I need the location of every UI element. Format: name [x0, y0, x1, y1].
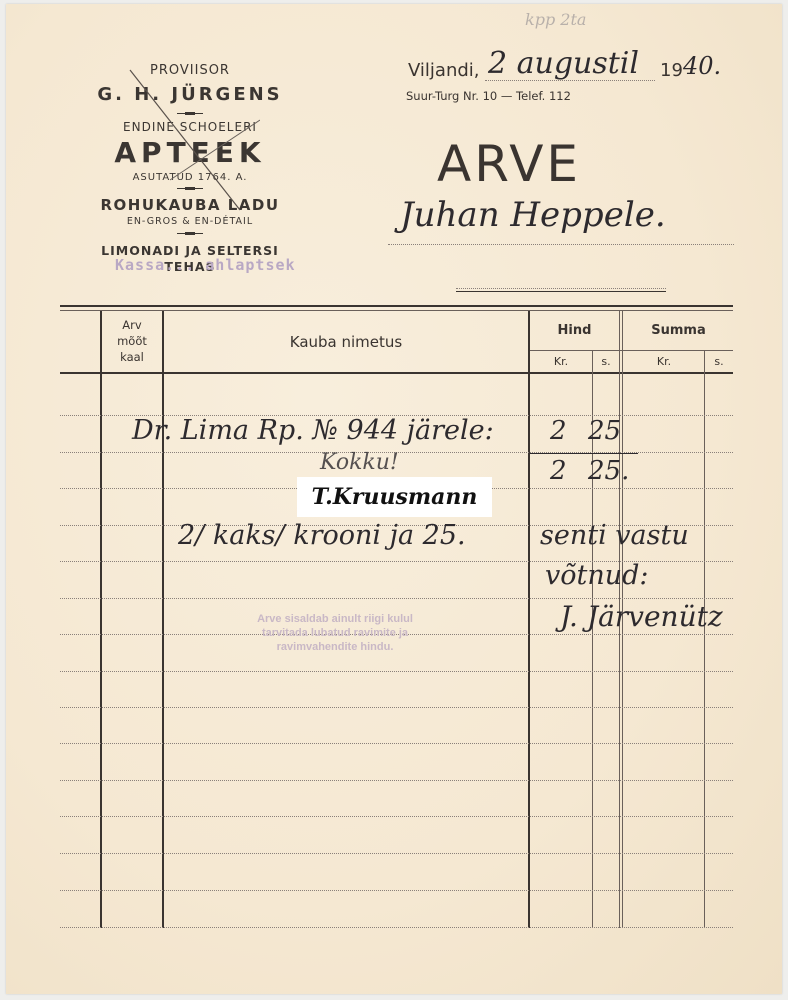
header-unit-line3: kaal [102, 349, 162, 365]
recipient-name: Juhan Heppele. [400, 195, 666, 235]
row-line [60, 816, 733, 817]
recipient-dotted-line [388, 244, 734, 245]
subtotal-line [530, 453, 638, 454]
header-unit-line1: Arv [102, 317, 162, 333]
header-unit-col: Arv mõõt kaal [102, 317, 162, 365]
received-label: võtnud: [545, 560, 649, 591]
pharmacy-stamp: Kassa... ahlaptsek [115, 256, 296, 274]
row-line [60, 780, 733, 781]
year-prefix: 19 [660, 60, 683, 81]
total-price-kr: 2 [550, 456, 567, 486]
row-line [60, 707, 733, 708]
owner-watermark-label: T.Kruusmann [297, 477, 492, 517]
invoice-title: ARVE [437, 136, 581, 192]
table-top-border-2 [60, 310, 733, 311]
received-amount-words-2: senti vastu [540, 520, 689, 551]
received-amount-words: 2/ kaks/ krooni ja 25. [178, 520, 466, 551]
year-handwritten: 40. [683, 52, 721, 80]
table-top-border [60, 305, 733, 307]
column-divider [528, 311, 530, 928]
item-price-s: 25 [588, 416, 621, 446]
row-line [60, 598, 733, 599]
row-line [60, 890, 733, 891]
hind-summa-subheader-line [530, 350, 733, 351]
row-line [60, 671, 733, 672]
header-sum: Summa [624, 323, 733, 338]
address-phone: Suur-Turg Nr. 10 — Telef. 112 [406, 89, 571, 103]
header-unit-line2: mõõt [102, 333, 162, 349]
notice-stamp-line3: ravimvahendite hindu. [210, 640, 460, 654]
column-divider [100, 311, 102, 928]
city-label: Viljandi, [408, 60, 480, 81]
pencil-cross-icon [120, 60, 260, 220]
total-price-s: 25. [588, 456, 629, 486]
row-line [60, 743, 733, 744]
letterhead-separator [177, 233, 203, 234]
header-price-kr: Kr. [530, 355, 592, 368]
notice-stamp-line2: tarvitada lubatud ravimite ja [210, 626, 460, 640]
header-sum-kr: Kr. [624, 355, 704, 368]
column-divider [162, 311, 164, 928]
notice-stamp-line1: Arve sisaldab ainult riigi kulul [210, 612, 460, 626]
row-line [60, 927, 733, 928]
header-price: Hind [530, 323, 619, 338]
column-divider [704, 350, 705, 928]
total-label: Kokku! [320, 450, 399, 475]
item-price-kr: 2 [550, 416, 567, 446]
header-sum-s: s. [705, 355, 733, 368]
pencil-note: kpp 2ta [525, 10, 586, 29]
header-item-name: Kauba nimetus [164, 333, 528, 351]
row-line [60, 853, 733, 854]
item-description: Dr. Lima Rp. № 944 järele: [132, 415, 494, 446]
recipient-underline [456, 291, 666, 292]
date-handwritten: 2 augustil [488, 46, 639, 81]
receiver-signature: J. Järvenütz [560, 600, 723, 633]
recipient-dotted-line-2 [456, 288, 666, 289]
header-price-s: s. [593, 355, 619, 368]
table-header-bottom-border [60, 372, 733, 374]
owner-watermark-text: T.Kruusmann [312, 484, 478, 510]
notice-stamp: Arve sisaldab ainult riigi kulul tarvita… [210, 612, 460, 654]
